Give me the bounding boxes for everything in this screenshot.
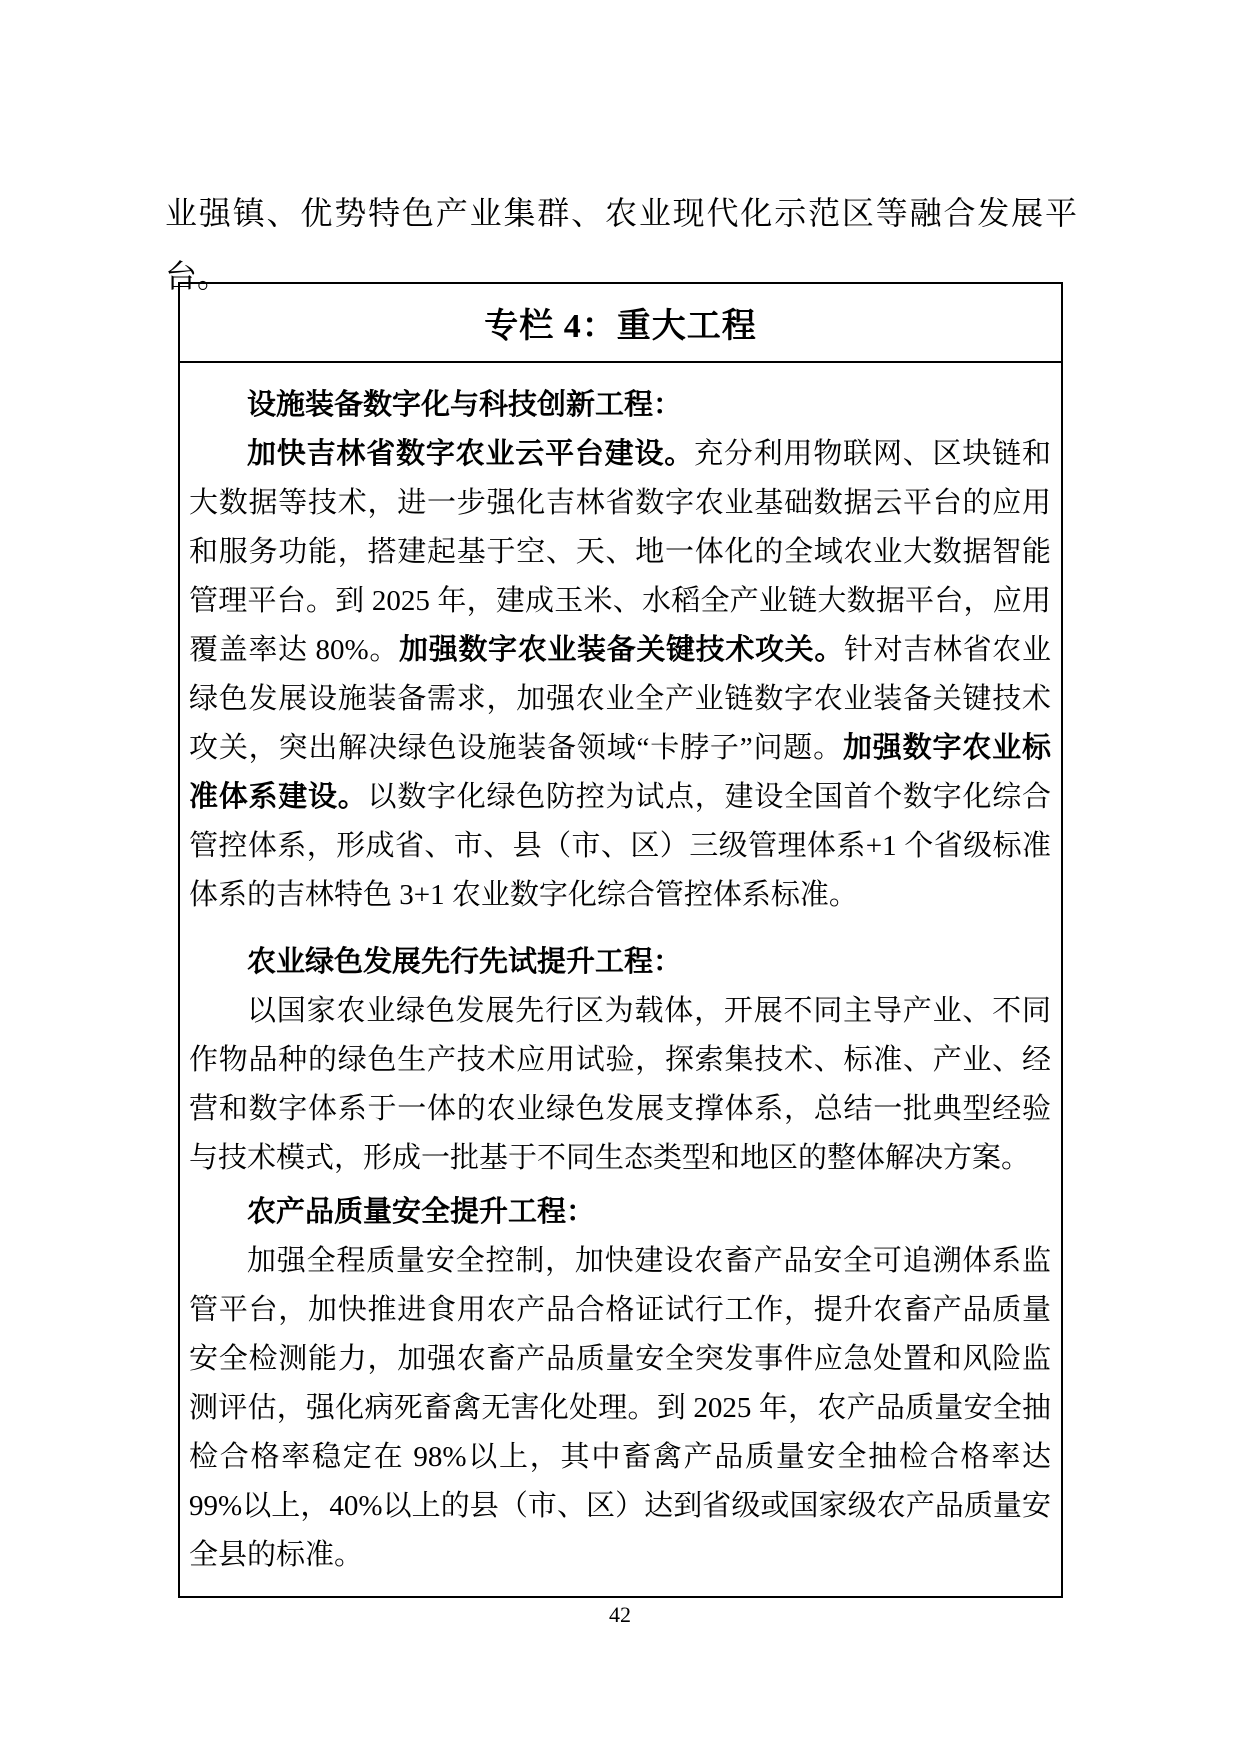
section-heading: 设施装备数字化与科技创新工程： bbox=[189, 381, 1051, 430]
section-paragraph: 加快吉林省数字农业云平台建设。充分利用物联网、区块链和大数据等技术，进一步强化吉… bbox=[189, 430, 1051, 920]
text-run: 充分利用物联网、区块链和大数据等技术，进一步强化吉林省数字农业基础数据云平台的应… bbox=[189, 438, 1051, 666]
section-heading: 农产品质量安全提升工程： bbox=[189, 1188, 1051, 1237]
section-heading: 农业绿色发展先行先试提升工程： bbox=[189, 938, 1051, 987]
panel-section: 农产品质量安全提升工程：加强全程质量安全控制，加快建设农畜产品安全可追溯体系监管… bbox=[189, 1188, 1051, 1580]
panel-section: 农业绿色发展先行先试提升工程：以国家农业绿色发展先行区为载体，开展不同主导产业、… bbox=[189, 938, 1051, 1183]
document-page: 业强镇、优势特色产业集群、农业现代化示范区等融合发展平台。 专栏 4：重大工程 … bbox=[0, 0, 1240, 1754]
bold-text-run: 加快吉林省数字农业云平台建设。 bbox=[247, 438, 694, 470]
panel-section: 设施装备数字化与科技创新工程：加快吉林省数字农业云平台建设。充分利用物联网、区块… bbox=[189, 381, 1051, 920]
text-run: 以国家农业绿色发展先行区为载体，开展不同主导产业、不同作物品种的绿色生产技术应用… bbox=[189, 995, 1051, 1174]
page-number: 42 bbox=[0, 1602, 1240, 1628]
text-run: 加强全程质量安全控制，加快建设农畜产品安全可追溯体系监管平台，加快推进食用农产品… bbox=[189, 1245, 1051, 1571]
section-paragraph: 以国家农业绿色发展先行区为载体，开展不同主导产业、不同作物品种的绿色生产技术应用… bbox=[189, 987, 1051, 1183]
section-paragraph: 加强全程质量安全控制，加快建设农畜产品安全可追溯体系监管平台，加快推进食用农产品… bbox=[189, 1237, 1051, 1580]
panel-body: 设施装备数字化与科技创新工程：加快吉林省数字农业云平台建设。充分利用物联网、区块… bbox=[180, 363, 1061, 1592]
major-projects-panel: 专栏 4：重大工程 设施装备数字化与科技创新工程：加快吉林省数字农业云平台建设。… bbox=[178, 282, 1063, 1598]
panel-title: 专栏 4：重大工程 bbox=[180, 284, 1061, 363]
bold-text-run: 加强数字农业装备关键技术攻关。 bbox=[399, 634, 844, 666]
